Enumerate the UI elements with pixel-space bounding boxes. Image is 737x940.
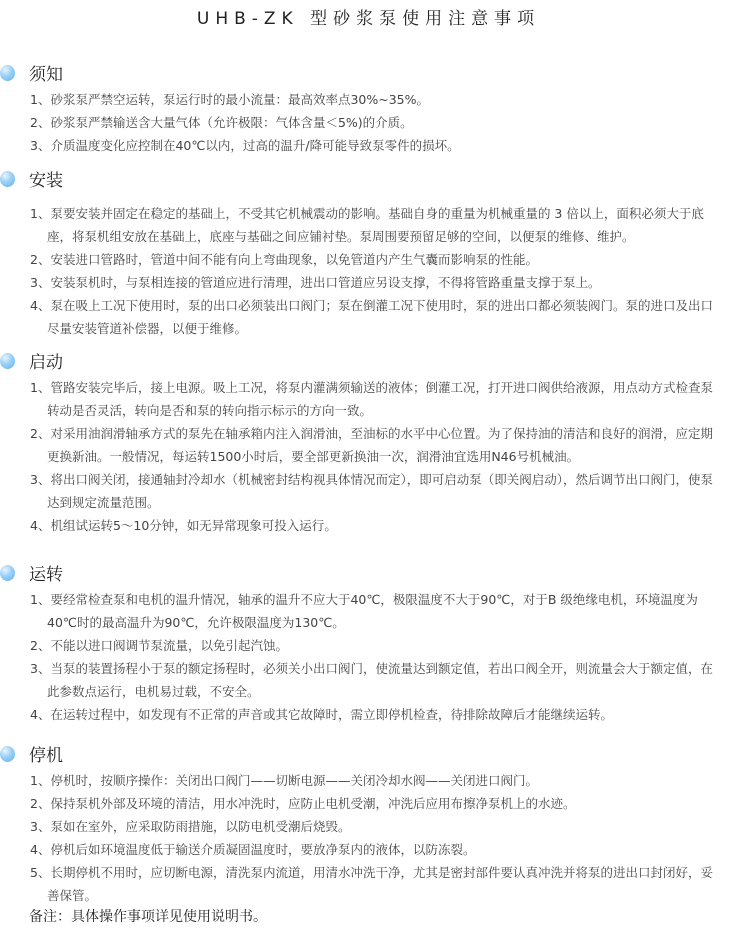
section-startup: 启动 1、管路安装完毕后，接上电源。吸上工况，将泵内灌满须输送的液体；倒灌工况，… [0,348,737,537]
section-title: 停机 [29,741,63,766]
page-title: UHB-ZK 型砂浆泵使用注意事项 [0,4,737,29]
section-notice: 须知 1、砂浆泵严禁空运转，泵运行时的最小流量：最高效率点30%~35%。 2、… [0,60,737,157]
section-header: 安装 [0,166,737,202]
list-item: 1、管路安装完毕后，接上电源。吸上工况，将泵内灌满须输送的液体；倒灌工况，打开进… [1,376,737,422]
section-header: 运转 [0,560,737,588]
list-item: 4、机组试运转5～10分钟，如无异常现象可投入运行。 [1,514,737,537]
bullet-orb-icon [0,65,15,81]
list-item: 4、泵在吸上工况下使用时，泵的出口必须装出口阀门；泵在倒灌工况下使用时，泵的进出… [1,294,737,340]
list-item: 4、在运转过程中，如发现有不正常的声音或其它故障时，需立即停机检查，待排除故障后… [1,703,737,726]
list-item: 5、长期停机不用时，应切断电源，清洗泵内流道，用清水冲洗干净，尤其是密封部件要认… [1,861,737,907]
bullet-orb-icon [0,565,15,581]
list-item: 1、砂浆泵严禁空运转，泵运行时的最小流量：最高效率点30%~35%。 [1,88,737,111]
footnote: 备注：具体操作事项详见使用说明书。 [29,906,267,926]
section-title: 启动 [29,348,63,373]
bullet-orb-icon [0,353,15,369]
list-item: 3、泵如在室外，应采取防雨措施，以防电机受潮后烧毁。 [1,815,737,838]
list-item: 2、对采用油润滑轴承方式的泵先在轴承箱内注入润滑油，至油标的水平中心位置。为了保… [1,422,737,468]
list-item: 3、将出口阀关闭，接通轴封冷却水（机械密封结构视具体情况而定），即可启动泵（即关… [1,468,737,514]
list-item: 3、当泵的装置扬程小于泵的额定扬程时，必须关小出口阀门，使流量达到额定值，若出口… [1,657,737,703]
bullet-orb-icon [0,746,15,762]
list-item: 2、保持泵机外部及环境的清洁，用水冲洗时，应防止电机受潮，冲洗后应用布擦净泵机上… [1,792,737,815]
list-item: 3、介质温度变化应控制在40℃以内，过高的温升/降可能导致泵零件的损坏。 [1,134,737,157]
list-item: 2、砂浆泵严禁输送含大量气体（允许极限：气体含量＜5%)的介质。 [1,111,737,134]
bullet-orb-icon [0,171,15,187]
section-header: 启动 [0,348,737,376]
list-item: 1、泵要安装并固定在稳定的基础上，不受其它机械震动的影响。基础自身的重量为机械重… [1,202,737,248]
list-item: 2、安装进口管路时，管道中间不能有向上弯曲现象，以免管道内产生气囊而影响泵的性能… [1,248,737,271]
section-title: 须知 [29,60,63,85]
section-shutdown: 停机 1、停机时，按顺序操作：关闭出口阀门——切断电源——关闭冷却水阀——关闭进… [0,741,737,907]
list-item: 4、停机后如环境温度低于输送介质凝固温度时，要放净泵内的液体，以防冻裂。 [1,838,737,861]
section-operation: 运转 1、要经常检查泵和电机的温升情况，轴承的温升不应大于40℃，极限温度不大于… [0,560,737,726]
list-item: 1、停机时，按顺序操作：关闭出口阀门——切断电源——关闭冷却水阀——关闭进口阀门… [1,769,737,792]
list-item: 2、不能以进口阀调节泵流量，以免引起汽蚀。 [1,634,737,657]
section-header: 停机 [0,741,737,769]
list-item: 3、安装泵机时，与泵相连接的管道应进行清理，进出口管道应另设支撑，不得将管路重量… [1,271,737,294]
section-title: 安装 [29,166,63,191]
section-title: 运转 [29,560,63,585]
section-installation: 安装 1、泵要安装并固定在稳定的基础上，不受其它机械震动的影响。基础自身的重量为… [0,166,737,340]
list-item: 1、要经常检查泵和电机的温升情况，轴承的温升不应大于40℃，极限温度不大于90℃… [1,588,737,634]
section-header: 须知 [0,60,737,88]
